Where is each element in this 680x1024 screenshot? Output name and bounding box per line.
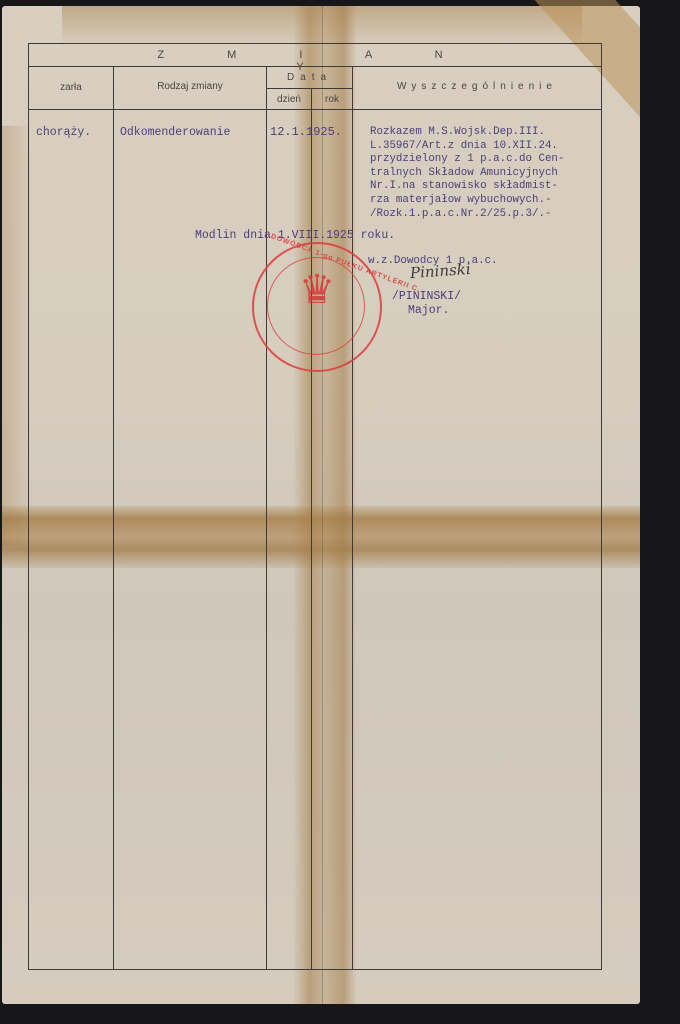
entry-date: 12.1.1925. [270,126,342,140]
col-divider [311,88,312,969]
entry-rank: chorąży. [36,126,91,140]
entry-details: Rozkazem M.S.Wojsk.Dep.III. L.35967/Art.… [370,126,564,221]
col-divider [113,66,114,969]
col-divider [266,66,267,969]
entry-change-type: Odkomenderowanie [120,126,230,140]
header-rank: zarła [29,82,113,93]
torn-edge [0,1004,680,1024]
official-stamp: ♛ [252,242,382,372]
header-year: rok [312,94,352,105]
table-title: Z M I A N Y [150,49,480,73]
header-details: Wyszczególnienie [353,81,601,92]
col-divider [352,66,353,969]
eagle-emblem-icon: ♛ [254,270,380,310]
torn-edge [640,0,680,1024]
header-change-type: Rodzaj zmiany [114,81,266,92]
header-date: Data [267,72,352,83]
signatory-name: /PININSKI/ [392,290,461,304]
header-day: dzień [267,94,311,105]
header-bottom [29,109,601,110]
signatory-rank: Major. [408,304,449,318]
date-subdivider [266,88,352,89]
